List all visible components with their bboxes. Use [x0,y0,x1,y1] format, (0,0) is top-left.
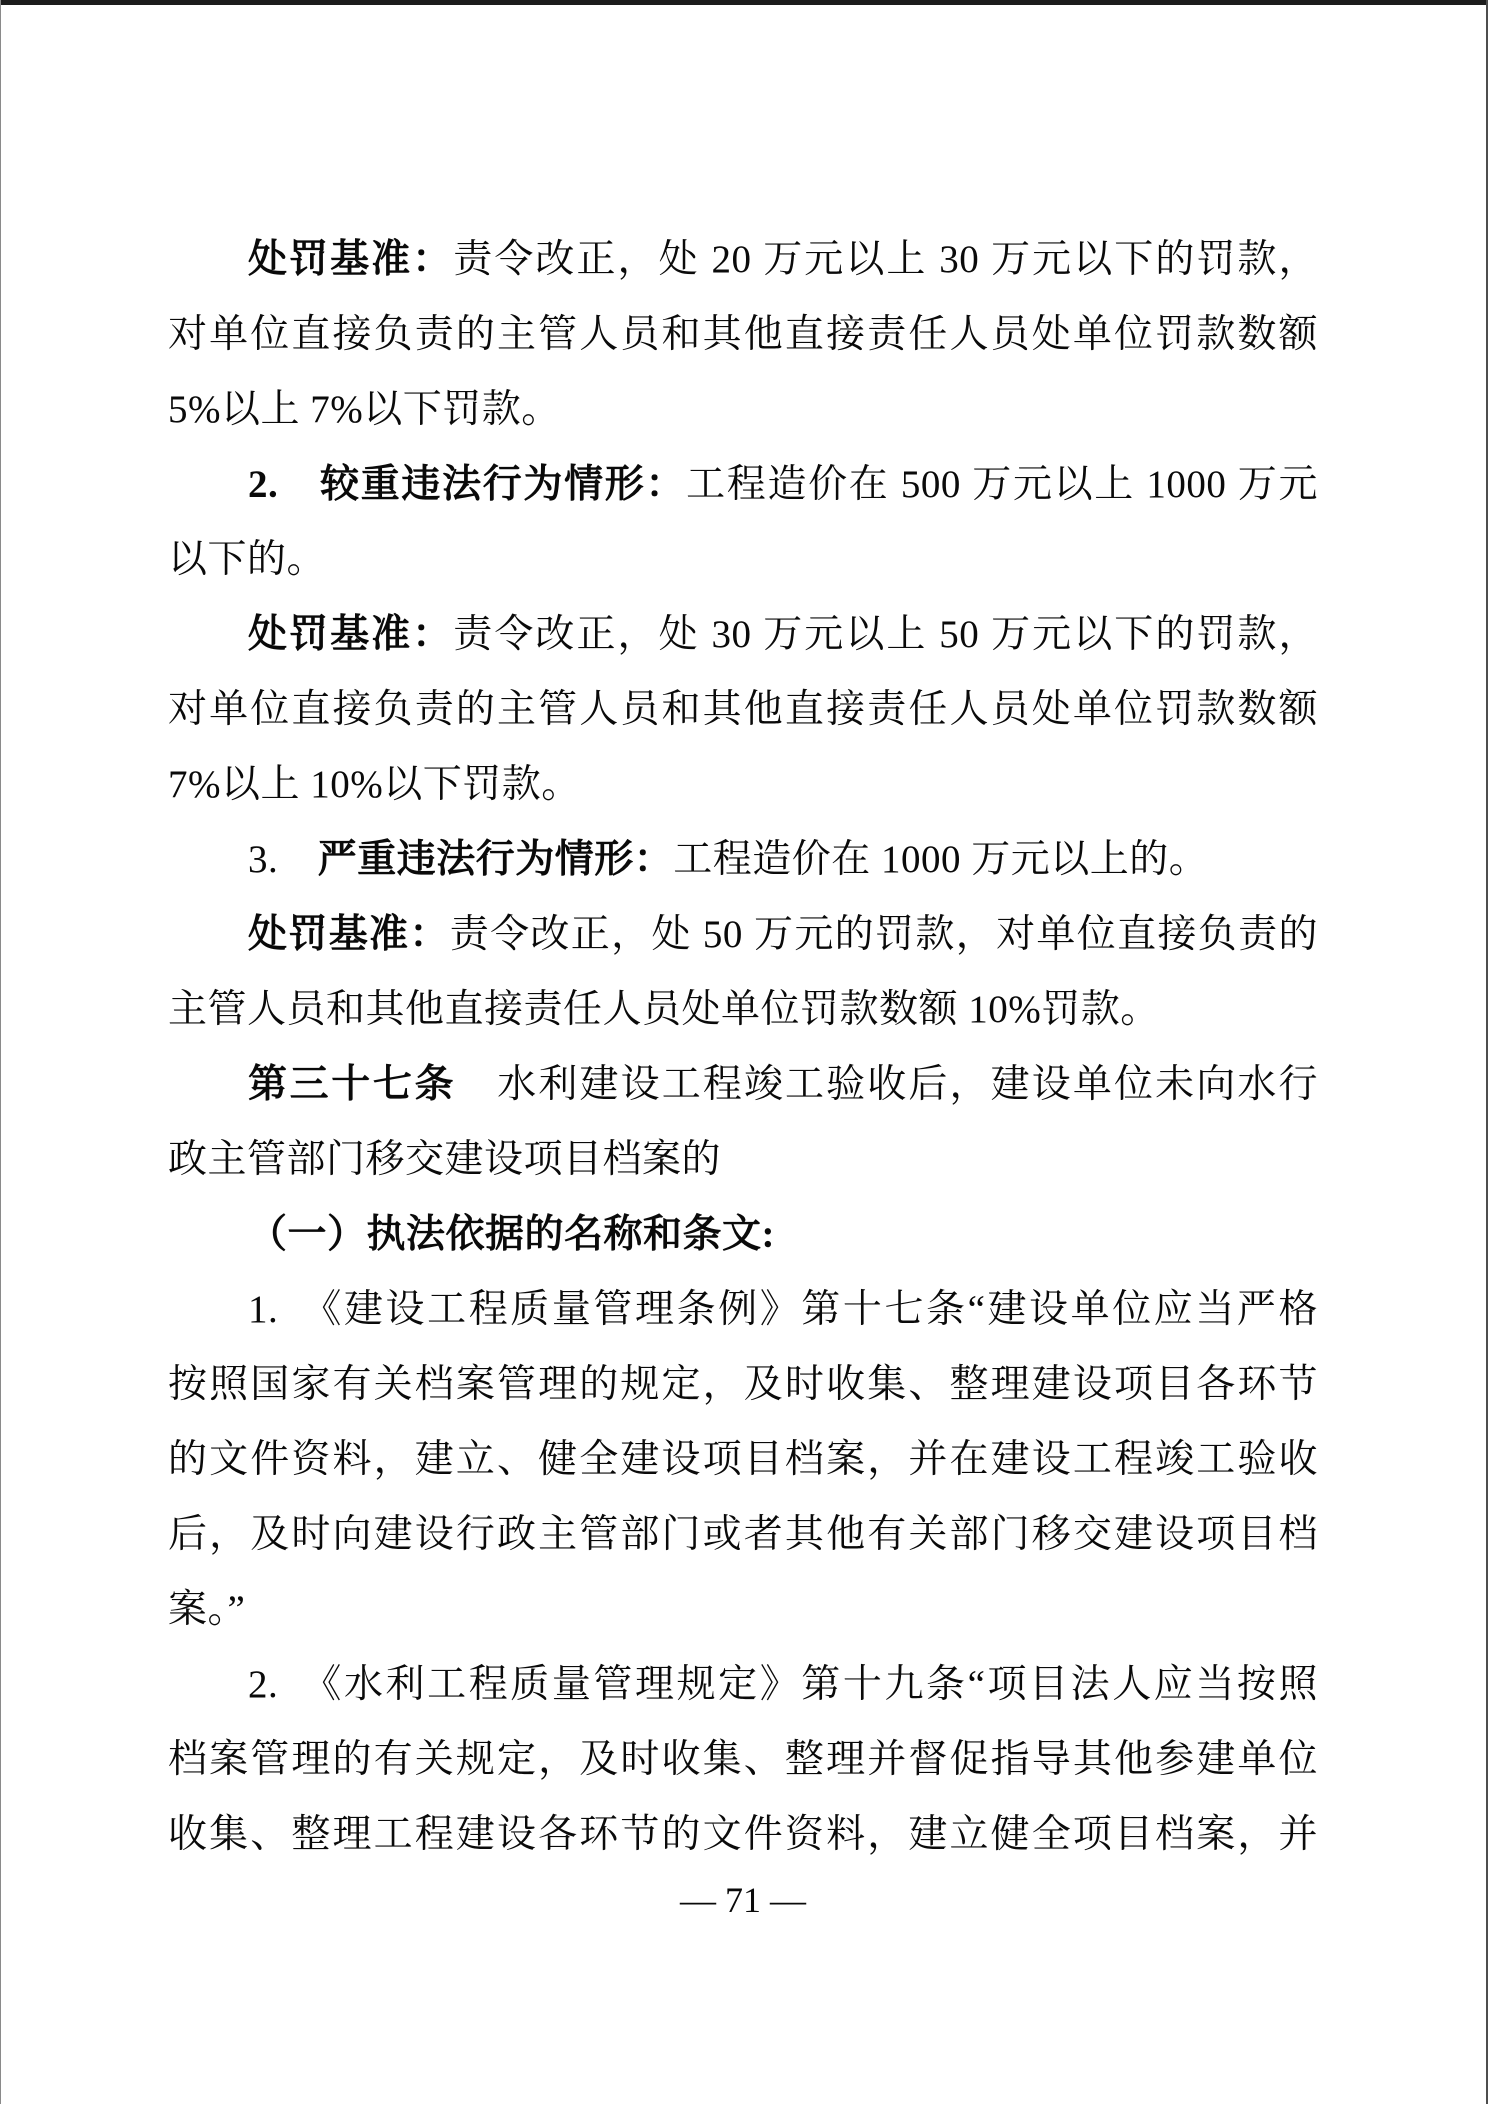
text-line: 收集、整理工程建设各环节的文件资料，建立健全项目档案，并 [168,1797,1318,1872]
emphasis-text: 处罚基准： [248,913,450,956]
text-line: 以下的。 [168,522,1318,597]
body-text: 政主管部门移交建设项目档案的 [168,1138,721,1181]
text-line: （一）执法依据的名称和条文: [168,1197,1318,1272]
body-text: 案。” [168,1588,245,1631]
emphasis-text: 严重违法行为情形： [318,838,674,881]
text-line: 7%以上 10%以下罚款。 [168,747,1318,822]
body-text: 水利建设工程竣工验收后，建设单位未向水行 [456,1063,1318,1106]
text-line: 2. 较重违法行为情形：工程造价在 500 万元以上 1000 万元 [168,447,1318,522]
scan-edge-top [0,0,1488,5]
text-line: 的文件资料，建立、健全建设项目档案，并在建设工程竣工验收 [168,1422,1318,1497]
emphasis-text: 处罚基准： [248,238,453,281]
text-line: 对单位直接负责的主管人员和其他直接责任人员处单位罚款数额 [168,297,1318,372]
emphasis-text: 2. 较重违法行为情形： [248,463,686,506]
body-text: 2. 《水利工程质量管理规定》第十九条“项目法人应当按照 [248,1663,1318,1706]
body-text: 的文件资料，建立、健全建设项目档案，并在建设工程竣工验收 [168,1438,1318,1481]
text-line: 档案管理的有关规定，及时收集、整理并督促指导其他参建单位 [168,1722,1318,1797]
body-text: 责令改正，处 50 万元的罚款，对单位直接负责的 [450,913,1318,956]
body-text: 按照国家有关档案管理的规定，及时收集、整理建设项目各环节 [168,1363,1318,1406]
text-line: 按照国家有关档案管理的规定，及时收集、整理建设项目各环节 [168,1347,1318,1422]
body-text: 1. 《建设工程质量管理条例》第十七条“建设单位应当严格 [248,1288,1318,1331]
scan-edge-left [0,0,1,2104]
body-text: 责令改正，处 20 万元以上 30 万元以下的罚款， [453,238,1318,281]
body-text: 对单位直接负责的主管人员和其他直接责任人员处单位罚款数额 [168,313,1318,356]
text-line: 案。” [168,1572,1318,1647]
text-line: 2. 《水利工程质量管理规定》第十九条“项目法人应当按照 [168,1647,1318,1722]
body-text: 3. [248,838,318,881]
text-line: 政主管部门移交建设项目档案的 [168,1122,1318,1197]
emphasis-text: 处罚基准： [248,613,453,656]
text-line: 1. 《建设工程质量管理条例》第十七条“建设单位应当严格 [168,1272,1318,1347]
text-line: 5%以上 7%以下罚款。 [168,372,1318,447]
body-text: 5%以上 7%以下罚款。 [168,388,561,431]
document-text-block: 处罚基准：责令改正，处 20 万元以上 30 万元以下的罚款，对单位直接负责的主… [168,222,1318,1872]
text-line: 处罚基准：责令改正，处 30 万元以上 50 万元以下的罚款， [168,597,1318,672]
text-line: 后，及时向建设行政主管部门或者其他有关部门移交建设项目档 [168,1497,1318,1572]
text-line: 主管人员和其他直接责任人员处单位罚款数额 10%罚款。 [168,972,1318,1047]
page-number: — 71 — [168,1878,1318,1922]
text-line: 处罚基准：责令改正，处 20 万元以上 30 万元以下的罚款， [168,222,1318,297]
body-text: 对单位直接负责的主管人员和其他直接责任人员处单位罚款数额 [168,688,1318,731]
body-text: 责令改正，处 30 万元以上 50 万元以下的罚款， [453,613,1318,656]
body-text: 工程造价在 500 万元以上 1000 万元 [686,463,1318,506]
text-line: 对单位直接负责的主管人员和其他直接责任人员处单位罚款数额 [168,672,1318,747]
body-text: 后，及时向建设行政主管部门或者其他有关部门移交建设项目档 [168,1513,1318,1556]
document-page: { "colors": { "text": "#0a0a0a", "backgr… [0,0,1488,2104]
body-text: 工程造价在 1000 万元以上的。 [673,838,1208,881]
emphasis-text: 第三十七条 [248,1063,456,1106]
body-text: 主管人员和其他直接责任人员处单位罚款数额 10%罚款。 [168,988,1160,1031]
body-text: 以下的。 [168,538,326,581]
body-text: 档案管理的有关规定，及时收集、整理并督促指导其他参建单位 [168,1738,1318,1781]
text-line: 处罚基准：责令改正，处 50 万元的罚款，对单位直接负责的 [168,897,1318,972]
text-line: 第三十七条 水利建设工程竣工验收后，建设单位未向水行 [168,1047,1318,1122]
body-text: 7%以上 10%以下罚款。 [168,763,581,806]
body-text: 收集、整理工程建设各环节的文件资料，建立健全项目档案，并 [168,1813,1318,1856]
emphasis-text: （一）执法依据的名称和条文: [248,1213,775,1256]
text-line: 3. 严重违法行为情形：工程造价在 1000 万元以上的。 [168,822,1318,897]
